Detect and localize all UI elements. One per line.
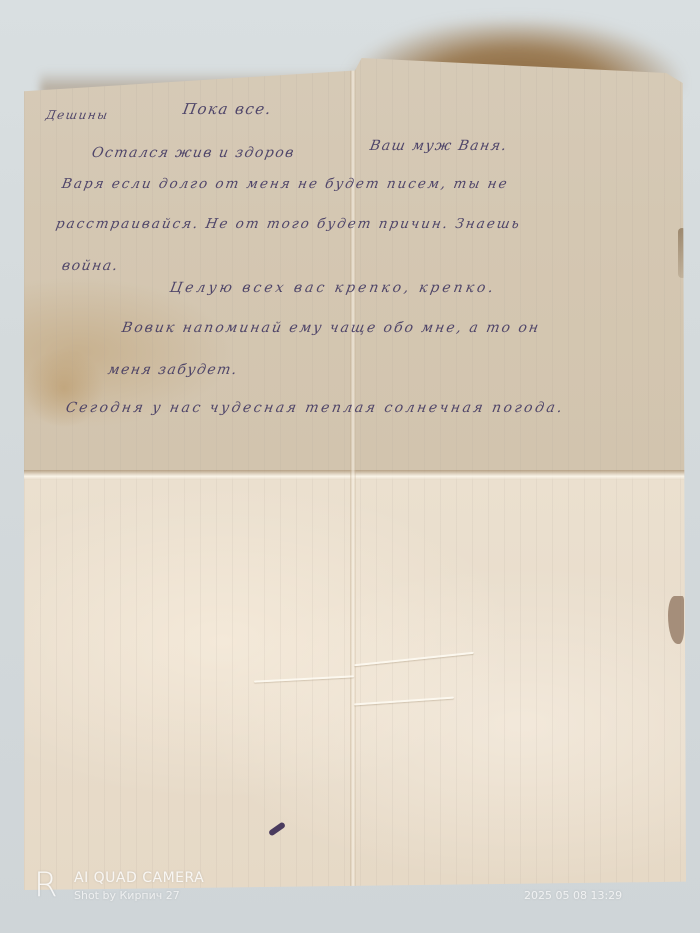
handwritten-line: Дешины [45, 108, 110, 122]
handwritten-line: Сегодня у нас чудесная теплая солнечная … [65, 400, 566, 416]
handwritten-line: меня забудет. [107, 362, 240, 378]
handwritten-line: Остался жив и здоров [91, 145, 297, 161]
handwritten-line: Целую всех вас крепко, крепко. [169, 280, 498, 296]
edge-stain [678, 228, 686, 278]
watermark-title: AI QUAD CAMERA [74, 870, 204, 886]
watermark-subtitle: Shot by Кирпич 27 [74, 889, 180, 902]
paper-stain [24, 348, 104, 428]
edge-tear [668, 596, 684, 644]
handwritten-line: война. [61, 258, 120, 274]
handwritten-line: Пока все. [181, 100, 273, 118]
handwritten-line: Вовик напоминай ему чаще обо мне, а то о… [121, 320, 542, 336]
handwritten-line: расстраивайся. Не от того будет причин. … [55, 216, 523, 232]
handwritten-line: Варя если долго от меня не будет писем, … [61, 176, 510, 192]
letter-photo: Дешины Пока все. Остался жив и здоров Ва… [0, 0, 700, 933]
watermark-datetime: 2025 05 08 13:29 [524, 889, 622, 902]
camera-brand-logo-icon: R [34, 868, 58, 902]
handwritten-line: Ваш муж Ваня. [369, 138, 509, 154]
